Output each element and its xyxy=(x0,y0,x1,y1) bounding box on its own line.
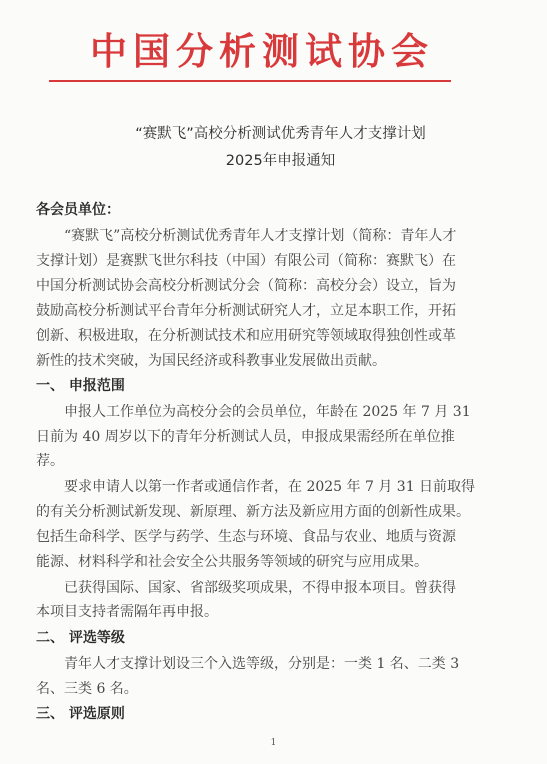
paragraph-line: 的有关分析测试新发现、新原理、新方法及新应用方面的创新性成果。 xyxy=(36,502,470,522)
intro-line: 支撑计划）是赛默飞世尔科技（中国）有限公司（简称：赛默飞）在 xyxy=(36,251,456,271)
intro-line: 新性的技术突破，为国民经济或科教事业发展做出贡献。 xyxy=(36,351,386,371)
document-title-line1: “赛默飞”高校分析测试优秀青年人才支撑计划 xyxy=(7,122,547,143)
page-number: 1 xyxy=(0,738,547,748)
section-heading-principles: 三、 评选原则 xyxy=(36,704,125,724)
paragraph-line: 名、三类 6 名。 xyxy=(36,679,138,699)
paragraph-line: 本项目支持者需隔年再申报。 xyxy=(36,602,218,622)
paragraph-line: 荐。 xyxy=(36,451,64,471)
section-heading-scope: 一、 申报范围 xyxy=(36,376,125,396)
paragraph-line: 要求申请人以第一作者或通信作者，在 2025 年 7 月 31 日前取得 xyxy=(64,477,475,497)
paragraph-line: 日前为 40 周岁以下的青年分析测试人员，申报成果需经所在单位推 xyxy=(36,427,455,447)
section-heading-grades: 二、 评选等级 xyxy=(36,628,125,648)
organization-letterhead: 中国分析测试协会 xyxy=(90,30,450,72)
intro-line: 中国分析测试协会高校分析测试分会（简称：高校分会）设立，旨为 xyxy=(36,276,456,296)
paragraph-line: 能源、材料科学和社会安全公共服务等领域的研究与应用成果。 xyxy=(36,552,428,572)
intro-line: 鼓励高校分析测试平台青年分析测试研究人才，立足本职工作，开拓 xyxy=(36,301,456,321)
letterhead-red-rule xyxy=(49,80,451,82)
intro-line: 创新、积极进取，在分析测试技术和应用研究等领域取得独创性或革 xyxy=(36,326,456,346)
paragraph-line: 青年人才支撑计划设三个入选等级，分别是：一类 1 名、二类 3 xyxy=(64,654,459,674)
paragraph-line: 申报人工作单位为高校分会的会员单位，年龄在 2025 年 7 月 31 xyxy=(64,402,471,422)
paragraph-line: 已获得国际、国家、省部级奖项成果，不得申报本项目。曾获得 xyxy=(64,578,456,598)
document-title-line2: 2025年申报通知 xyxy=(7,149,547,170)
salutation: 各会员单位： xyxy=(36,200,120,220)
paragraph-line: 包括生命科学、医学与药学、生态与环境、食品与农业、地质与资源 xyxy=(36,527,456,547)
intro-line: “赛默飞”高校分析测试优秀青年人才支撑计划（简称：青年人才 xyxy=(64,226,456,246)
